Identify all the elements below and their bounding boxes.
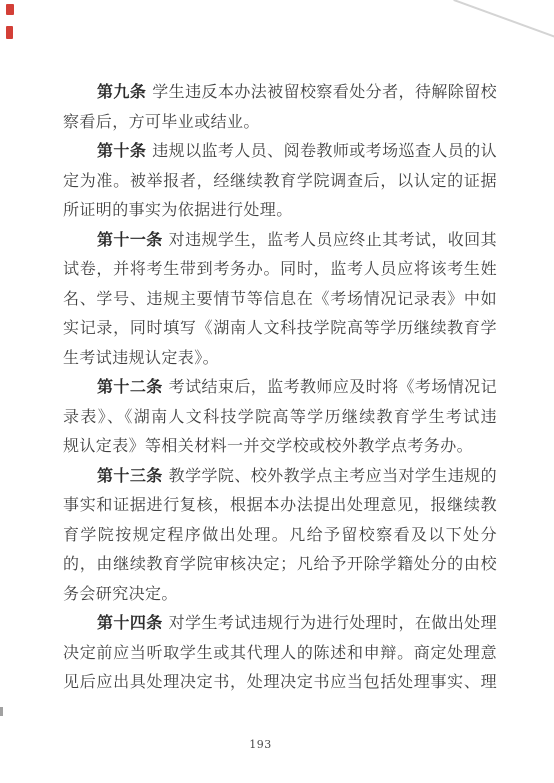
scan-edge-line <box>453 0 554 38</box>
text-line: 第十条违规以监考人员、阅卷教师或考场巡查人员的认 <box>63 136 497 166</box>
text-line: 生考试违规认定表》。 <box>63 343 497 373</box>
line-text: 所证明的事实为依据进行处理。 <box>63 200 293 219</box>
line-text: 实记录，同时填写《湖南人文科技学院高等学历继续教育学 <box>63 318 497 337</box>
scan-speck <box>0 707 3 716</box>
line-text: 录表》、《湖南人文科技学院高等学历继续教育学生考试违 <box>63 407 497 426</box>
line-text: 学生违反本办法被留校察看处分者，待解除留校 <box>152 82 497 101</box>
line-text: 察看后，方可毕业或结业。 <box>63 112 260 131</box>
line-text: 务会研究决定。 <box>63 584 178 603</box>
red-ink-mark <box>6 4 14 15</box>
red-ink-mark <box>6 26 13 39</box>
text-line: 实记录，同时填写《湖南人文科技学院高等学历继续教育学 <box>63 313 497 343</box>
line-text: 规认定表》等相关材料一并交学校或校外教学点考务办。 <box>63 436 473 455</box>
article-number: 第十二条 <box>97 377 163 396</box>
text-line: 见后应出具处理决定书，处理决定书应当包括处理事实、理 <box>63 667 497 697</box>
document-body: 第九条学生违反本办法被留校察看处分者，待解除留校 察看后，方可毕业或结业。 第十… <box>63 77 497 697</box>
text-line: 定为准。被举报者，经继续教育学院调查后，以认定的证据 <box>63 166 497 196</box>
line-text: 生考试违规认定表》。 <box>63 348 219 367</box>
line-text: 的，由继续教育学院审核决定；凡给予开除学籍处分的由校 <box>63 554 497 573</box>
line-text: 定为准。被举报者，经继续教育学院调查后，以认定的证据 <box>63 171 497 190</box>
text-line: 第十四条对学生考试违规行为进行处理时，在做出处理 <box>63 608 497 638</box>
article-number: 第十三条 <box>97 466 163 485</box>
article-number: 第九条 <box>97 82 146 101</box>
text-line: 试卷，并将考生带到考务办。同时，监考人员应将该考生姓 <box>63 254 497 284</box>
text-line: 第九条学生违反本办法被留校察看处分者，待解除留校 <box>63 77 497 107</box>
line-text: 违规以监考人员、阅卷教师或考场巡查人员的认 <box>152 141 497 160</box>
line-text: 对违规学生，监考人员应终止其考试，收回其 <box>169 230 497 249</box>
text-line: 育学院按规定程序做出处理。凡给予留校察看及以下处分 <box>63 520 497 550</box>
document-page: 第九条学生违反本办法被留校察看处分者，待解除留校 察看后，方可毕业或结业。 第十… <box>0 0 554 783</box>
article-number: 第十四条 <box>97 613 163 632</box>
text-line: 决定前应当听取学生或其代理人的陈述和申辩。商定处理意 <box>63 638 497 668</box>
text-line: 名、学号、违规主要情节等信息在《考场情况记录表》中如 <box>63 284 497 314</box>
line-text: 试卷，并将考生带到考务办。同时，监考人员应将该考生姓 <box>63 259 497 278</box>
line-text: 见后应出具处理决定书，处理决定书应当包括处理事实、理 <box>63 672 497 691</box>
text-line: 务会研究决定。 <box>63 579 497 609</box>
line-text: 名、学号、违规主要情节等信息在《考场情况记录表》中如 <box>63 289 497 308</box>
text-line: 第十三条教学学院、校外教学点主考应当对学生违规的 <box>63 461 497 491</box>
text-line: 第十一条对违规学生，监考人员应终止其考试，收回其 <box>63 225 497 255</box>
line-text: 决定前应当听取学生或其代理人的陈述和申辩。商定处理意 <box>63 643 497 662</box>
text-line: 录表》、《湖南人文科技学院高等学历继续教育学生考试违 <box>63 402 497 432</box>
text-line: 规认定表》等相关材料一并交学校或校外教学点考务办。 <box>63 431 497 461</box>
text-line: 所证明的事实为依据进行处理。 <box>63 195 497 225</box>
text-line: 察看后，方可毕业或结业。 <box>63 107 497 137</box>
text-line: 第十二条考试结束后，监考教师应及时将《考场情况记 <box>63 372 497 402</box>
text-line: 事实和证据进行复核，根据本办法提出处理意见，报继续教 <box>63 490 497 520</box>
article-number: 第十条 <box>97 141 146 160</box>
line-text: 教学学院、校外教学点主考应当对学生违规的 <box>169 466 497 485</box>
text-line: 的，由继续教育学院审核决定；凡给予开除学籍处分的由校 <box>63 549 497 579</box>
line-text: 对学生考试违规行为进行处理时，在做出处理 <box>169 613 497 632</box>
line-text: 事实和证据进行复核，根据本办法提出处理意见，报继续教 <box>63 495 497 514</box>
page-number: 193 <box>0 738 521 751</box>
line-text: 育学院按规定程序做出处理。凡给予留校察看及以下处分 <box>63 525 497 544</box>
article-number: 第十一条 <box>97 230 163 249</box>
line-text: 考试结束后，监考教师应及时将《考场情况记 <box>169 377 497 396</box>
